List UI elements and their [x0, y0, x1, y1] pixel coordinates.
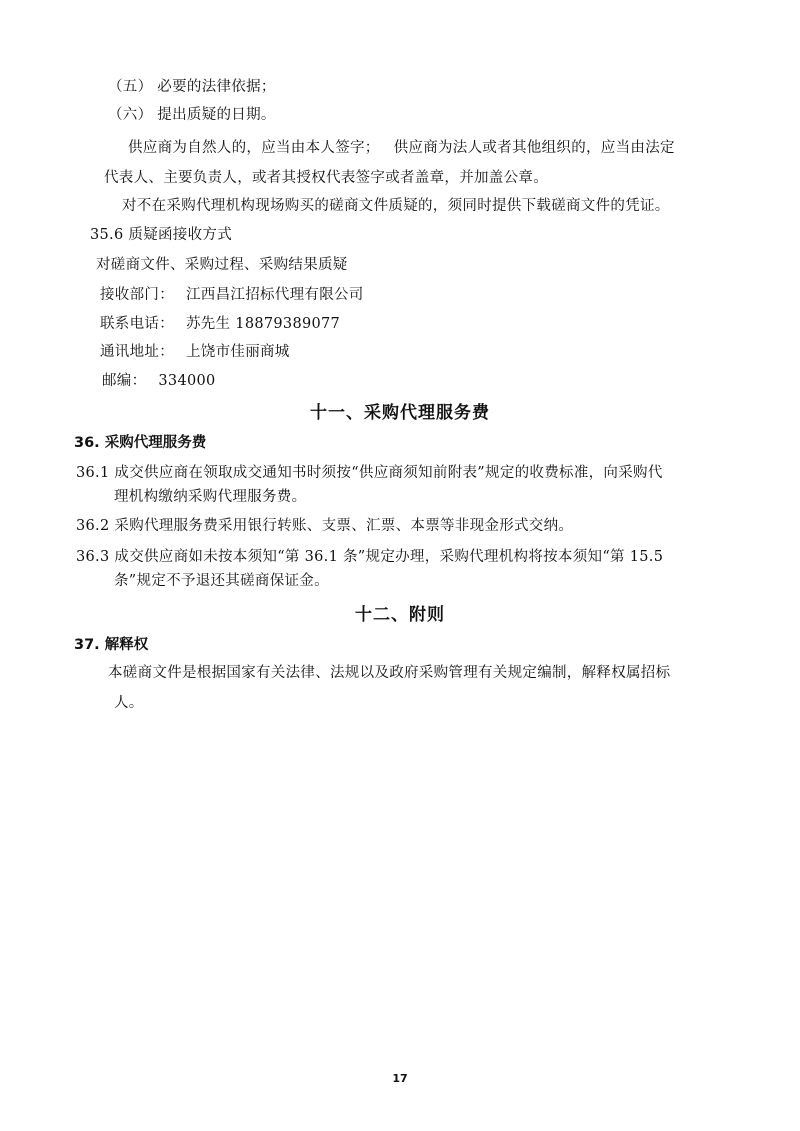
postal-code: 邮编：334000 — [102, 372, 216, 390]
section-37-title: 37. 解释权 — [74, 633, 148, 654]
address-label: 通讯地址： — [100, 344, 174, 360]
receiving-department: 接收部门：江西昌江招标代理有限公司 — [100, 286, 364, 304]
complaint-scope: 对磋商文件、采购过程、采购结果质疑 — [96, 256, 348, 274]
signature-paragraph-line2: 代表人、主要负责人，或者其授权代表签字或者盖章，并加盖公章。 — [104, 169, 548, 187]
list-item-6: （六） 提出质疑的日期。 — [108, 106, 276, 124]
natural-person-clause: 供应商为自然人的，应当由本人签字； — [128, 140, 380, 156]
clause-36-1-line1: 36.1 成交供应商在领取成交通知书时须按“供应商须知前附表”规定的收费标准，向… — [76, 464, 663, 482]
list-item-5: （五） 必要的法律依据； — [108, 78, 276, 96]
download-proof-paragraph: 对不在采购代理机构现场购买的磋商文件质疑的，须同时提供下载磋商文件的凭证。 — [122, 197, 670, 215]
mailing-address: 通讯地址：上饶市佳丽商城 — [100, 343, 290, 361]
clause-36-2: 36.2 采购代理服务费采用银行转账、支票、汇票、本票等非现金形式交纳。 — [76, 517, 573, 535]
interpretation-paragraph-line1: 本磋商文件是根据国家有关法律、法规以及政府采购管理有关规定编制，解释权属招标 — [108, 664, 670, 682]
clause-36-3-line2: 条”规定不予退还其磋商保证金。 — [114, 572, 329, 590]
signature-paragraph-line1: 供应商为自然人的，应当由本人签字；供应商为法人或者其他组织的，应当由法定 — [128, 139, 675, 157]
legal-entity-clause: 供应商为法人或者其他组织的，应当由法定 — [394, 140, 675, 156]
contact-phone: 联系电话：苏先生 18879389077 — [100, 315, 340, 333]
chapter-12-title: 十二、附则 — [0, 600, 800, 625]
zip-value: 334000 — [158, 373, 215, 389]
phone-label: 联系电话： — [100, 316, 174, 332]
interpretation-paragraph-line2: 人。 — [114, 694, 144, 712]
clause-36-1-line2: 理机构缴纳采购代理服务费。 — [114, 488, 306, 506]
page-number: 17 — [0, 1072, 800, 1085]
chapter-11-title: 十一、采购代理服务费 — [0, 398, 800, 423]
phone-value: 苏先生 18879389077 — [186, 316, 340, 332]
section-35-6-title: 35.6 质疑函接收方式 — [90, 226, 232, 244]
clause-36-3-line1: 36.3 成交供应商如未按本须知“第 36.1 条”规定办理，采购代理机构将按本… — [76, 548, 663, 566]
dept-label: 接收部门： — [100, 287, 174, 303]
zip-label: 邮编： — [102, 373, 146, 389]
section-36-title: 36. 采购代理服务费 — [74, 431, 206, 452]
address-value: 上饶市佳丽商城 — [186, 344, 290, 360]
dept-value: 江西昌江招标代理有限公司 — [186, 287, 364, 303]
